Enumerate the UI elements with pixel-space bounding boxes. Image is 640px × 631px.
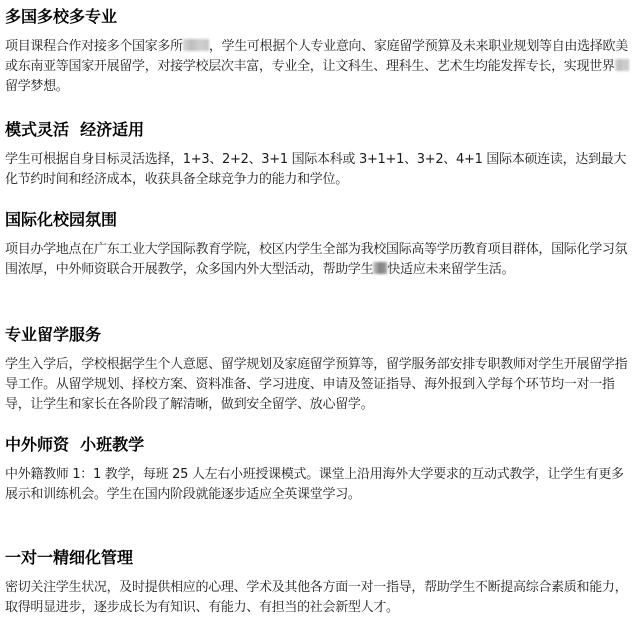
- section-body: 学生可根据自身目标灵活选择，1+3、2+2、3+1 国际本科或 3+1+1、3+…: [5, 150, 635, 190]
- section-heading: 多国多校多专业: [5, 7, 635, 27]
- section-study-abroad-service: 专业留学服务 学生入学后，学校根据学生个人意愿、留学规划及家庭留学预算等，留学服…: [5, 325, 635, 415]
- section-one-on-one: 一对一精细化管理 密切关注学生状况，及时提供相应的心理、学术及其他各方面一对一指…: [5, 548, 635, 618]
- redacted-text: [615, 59, 629, 71]
- section-heading: 一对一精细化管理: [5, 548, 635, 568]
- section-body: 项目办学地点在广东工业大学国际教育学院，校区内学生全部为我校国际高等学历教育项目…: [5, 240, 635, 280]
- section-body: 中外籍教师 1：1 教学，每班 25 人左右小班授课模式。课堂上沿用海外大学要求…: [5, 465, 635, 505]
- section-flexible-mode: 模式灵活 经济适用 学生可根据自身目标灵活选择，1+3、2+2、3+1 国际本科…: [5, 120, 635, 190]
- section-body: 项目课程合作对接多个国家多所，学生可根据个人专业意向、家庭留学预算及未来职业规划…: [5, 37, 635, 97]
- body-text: 留学梦想。: [5, 79, 69, 94]
- section-body: 密切关注学生状况，及时提供相应的心理、学术及其他各方面一对一指导，帮助学生不断提…: [5, 578, 635, 618]
- section-heading: 中外师资 小班教学: [5, 435, 635, 455]
- body-text: 项目办学地点在广东工业大学国际教育学院，校区内学生全部为我校国际高等学历教育项目…: [5, 242, 627, 277]
- section-heading: 国际化校园氛围: [5, 210, 635, 230]
- redacted-text: [373, 262, 387, 274]
- section-small-class: 中外师资 小班教学 中外籍教师 1：1 教学，每班 25 人左右小班授课模式。课…: [5, 435, 635, 505]
- redacted-text: [183, 39, 209, 51]
- section-international-campus: 国际化校园氛围 项目办学地点在广东工业大学国际教育学院，校区内学生全部为我校国际…: [5, 210, 635, 280]
- section-body: 学生入学后，学校根据学生个人意愿、留学规划及家庭留学预算等，留学服务部安排专职教…: [5, 355, 635, 415]
- section-heading: 专业留学服务: [5, 325, 635, 345]
- section-multi-country: 多国多校多专业 项目课程合作对接多个国家多所，学生可根据个人专业意向、家庭留学预…: [5, 7, 635, 97]
- section-heading: 模式灵活 经济适用: [5, 120, 635, 140]
- body-text: 快适应未来留学生活。: [387, 262, 514, 277]
- body-text: 项目课程合作对接多个国家多所: [5, 39, 183, 54]
